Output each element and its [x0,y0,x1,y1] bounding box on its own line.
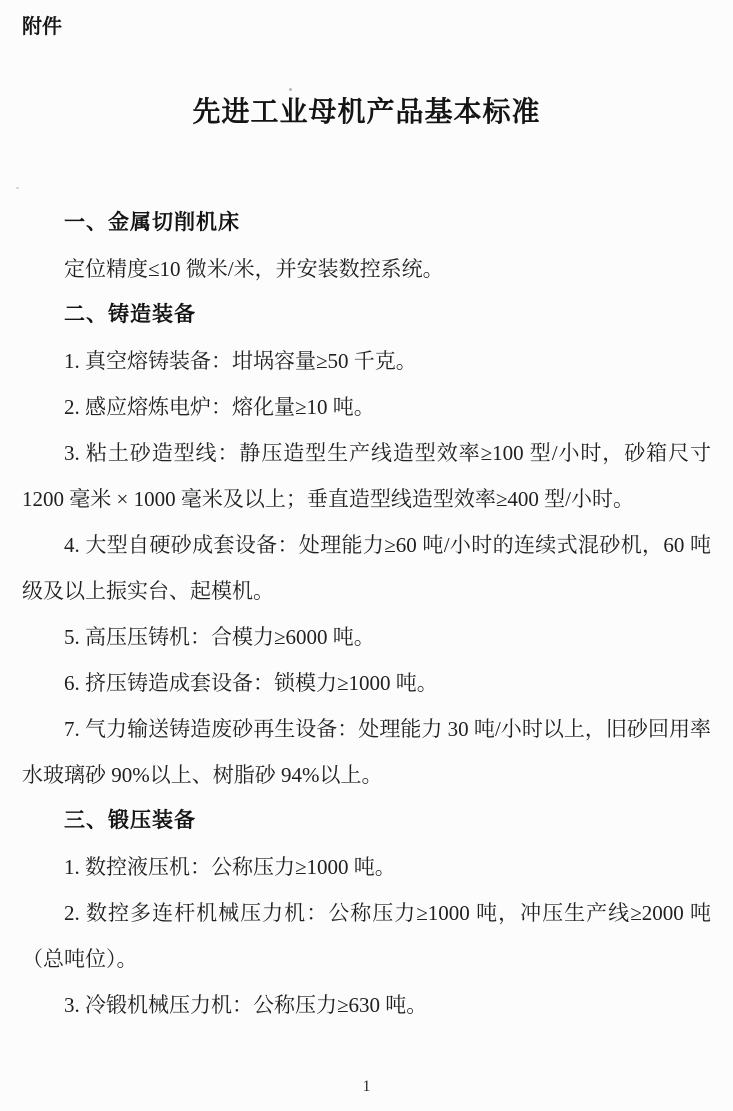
scan-artifact [16,187,19,189]
attachment-label: 附件 [22,14,711,40]
paragraph-forging-item-2: 2. 数控多连杆机械压力机：公称压力≥1000 吨，冲压生产线≥2000 吨（总… [22,890,711,982]
paragraph-casting-item-4: 4. 大型自硬砂成套设备：处理能力≥60 吨/小时的连续式混砂机，60 吨级及以… [22,522,711,614]
paragraph-casting-item-5: 5. 高压压铸机：合模力≥6000 吨。 [22,614,711,660]
section-heading-metal-cutting: 一、金属切削机床 [22,200,711,246]
paragraph-forging-item-1: 1. 数控液压机：公称压力≥1000 吨。 [22,844,711,890]
paragraph-casting-item-6: 6. 挤压铸造成套设备：锁模力≥1000 吨。 [22,660,711,706]
section-heading-forging: 三、锻压装备 [22,798,711,844]
paragraph-casting-item-1: 1. 真空熔铸装备：坩埚容量≥50 千克。 [22,338,711,384]
paragraph-forging-item-3: 3. 冷锻机械压力机：公称压力≥630 吨。 [22,982,711,1028]
page-number: 1 [0,1078,733,1096]
section-heading-casting: 二、铸造装备 [22,292,711,338]
paragraph-casting-item-2: 2. 感应熔炼电炉：熔化量≥10 吨。 [22,384,711,430]
document-body: 一、金属切削机床 定位精度≤10 微米/米，并安装数控系统。 二、铸造装备 1.… [22,200,711,1028]
paragraph-casting-item-3: 3. 粘土砂造型线：静压造型生产线造型效率≥100 型/小时，砂箱尺寸 1200… [22,430,711,522]
document-title: 先进工业母机产品基本标准 [22,94,711,130]
scan-artifact [289,88,292,91]
paragraph-metal-cutting-spec: 定位精度≤10 微米/米，并安装数控系统。 [22,246,711,292]
paragraph-casting-item-7: 7. 气力输送铸造废砂再生设备：处理能力 30 吨/小时以上，旧砂回用率水玻璃砂… [22,706,711,798]
document-page: 附件 先进工业母机产品基本标准 一、金属切削机床 定位精度≤10 微米/米，并安… [0,0,733,1111]
